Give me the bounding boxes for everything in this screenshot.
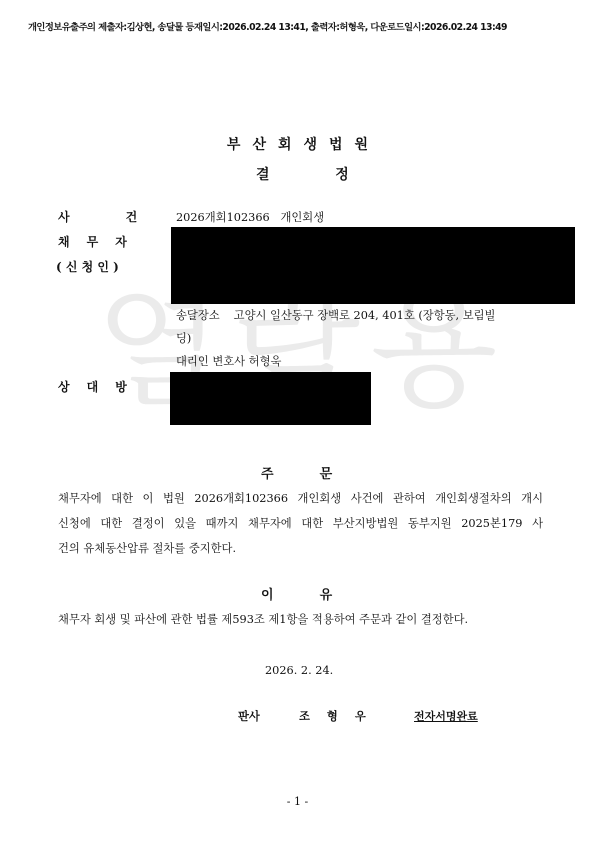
reason-title-char: 이 xyxy=(261,588,274,603)
judge-name-char: 조 xyxy=(299,709,310,723)
reason-title-char: 유 xyxy=(320,588,333,603)
judge-name: 조형우 xyxy=(299,708,366,724)
debtor-label: 채무자 xyxy=(58,233,127,250)
counterparty-label-char: 상 xyxy=(58,380,70,394)
order-title: 주문 xyxy=(261,463,332,482)
counterparty-label-char: 대 xyxy=(87,380,99,394)
case-number: 2026개회102366 개인회생 xyxy=(176,209,324,225)
applicant-sublabel: ( 신 청 인 ) xyxy=(56,258,119,275)
document-type: 결 정 xyxy=(256,164,349,184)
order-line: 채무자에 대한 이 법원 2026개회102366 개인회생 사건에 관하여 개… xyxy=(58,490,543,506)
e-signature-status: 전자서명완료 xyxy=(414,708,478,724)
court-name: 부산회생법원 xyxy=(0,134,595,154)
debtor-agent: 대리인 변호사 허형욱 xyxy=(176,353,281,369)
document-type-left: 결 xyxy=(256,164,270,184)
service-address: 송달장소고양시 일산동구 장백로 204, 401호 (장항동, 보림빌 xyxy=(176,307,495,323)
reason-title: 이유 xyxy=(261,584,332,603)
service-address-line1: 고양시 일산동구 장백로 204, 401호 (장항동, 보림빌 xyxy=(234,309,496,322)
debtor-label-char: 무 xyxy=(87,235,99,249)
document-type-right: 정 xyxy=(335,164,349,184)
counterparty-label-char: 방 xyxy=(115,380,127,394)
privacy-notice-header: 개인정보유출주의 제출자:김상현, 송달물 등재일시:2026.02.24 13… xyxy=(28,19,507,33)
service-address-line2: 딩) xyxy=(176,330,191,346)
reason-line: 채무자 회생 및 파산에 관한 법률 제593조 제1항을 적용하여 주문과 같… xyxy=(58,611,543,627)
case-label-char: 사 xyxy=(58,210,70,224)
counterparty-redaction xyxy=(170,372,371,425)
debtor-label-char: 채 xyxy=(58,235,70,249)
judge-title: 판사 xyxy=(238,708,260,724)
judge-name-char: 형 xyxy=(327,709,338,723)
debtor-label-char: 자 xyxy=(115,235,127,249)
order-line: 건의 유체동산압류 절차를 중지한다. xyxy=(58,540,543,556)
order-title-char: 문 xyxy=(320,467,333,482)
counterparty-label: 상대방 xyxy=(58,378,127,395)
case-label: 사건 xyxy=(58,208,137,225)
order-title-char: 주 xyxy=(261,467,274,482)
case-label-char: 건 xyxy=(126,210,138,224)
decision-date: 2026. 2. 24. xyxy=(265,664,333,677)
order-line: 신청에 대한 결정이 있을 때까지 채무자에 대한 부산지방법원 동부지원 20… xyxy=(58,515,543,531)
judge-name-char: 우 xyxy=(355,709,366,723)
page-number: - 1 - xyxy=(0,795,595,808)
service-address-label: 송달장소 xyxy=(176,309,220,322)
debtor-redaction xyxy=(171,227,575,304)
